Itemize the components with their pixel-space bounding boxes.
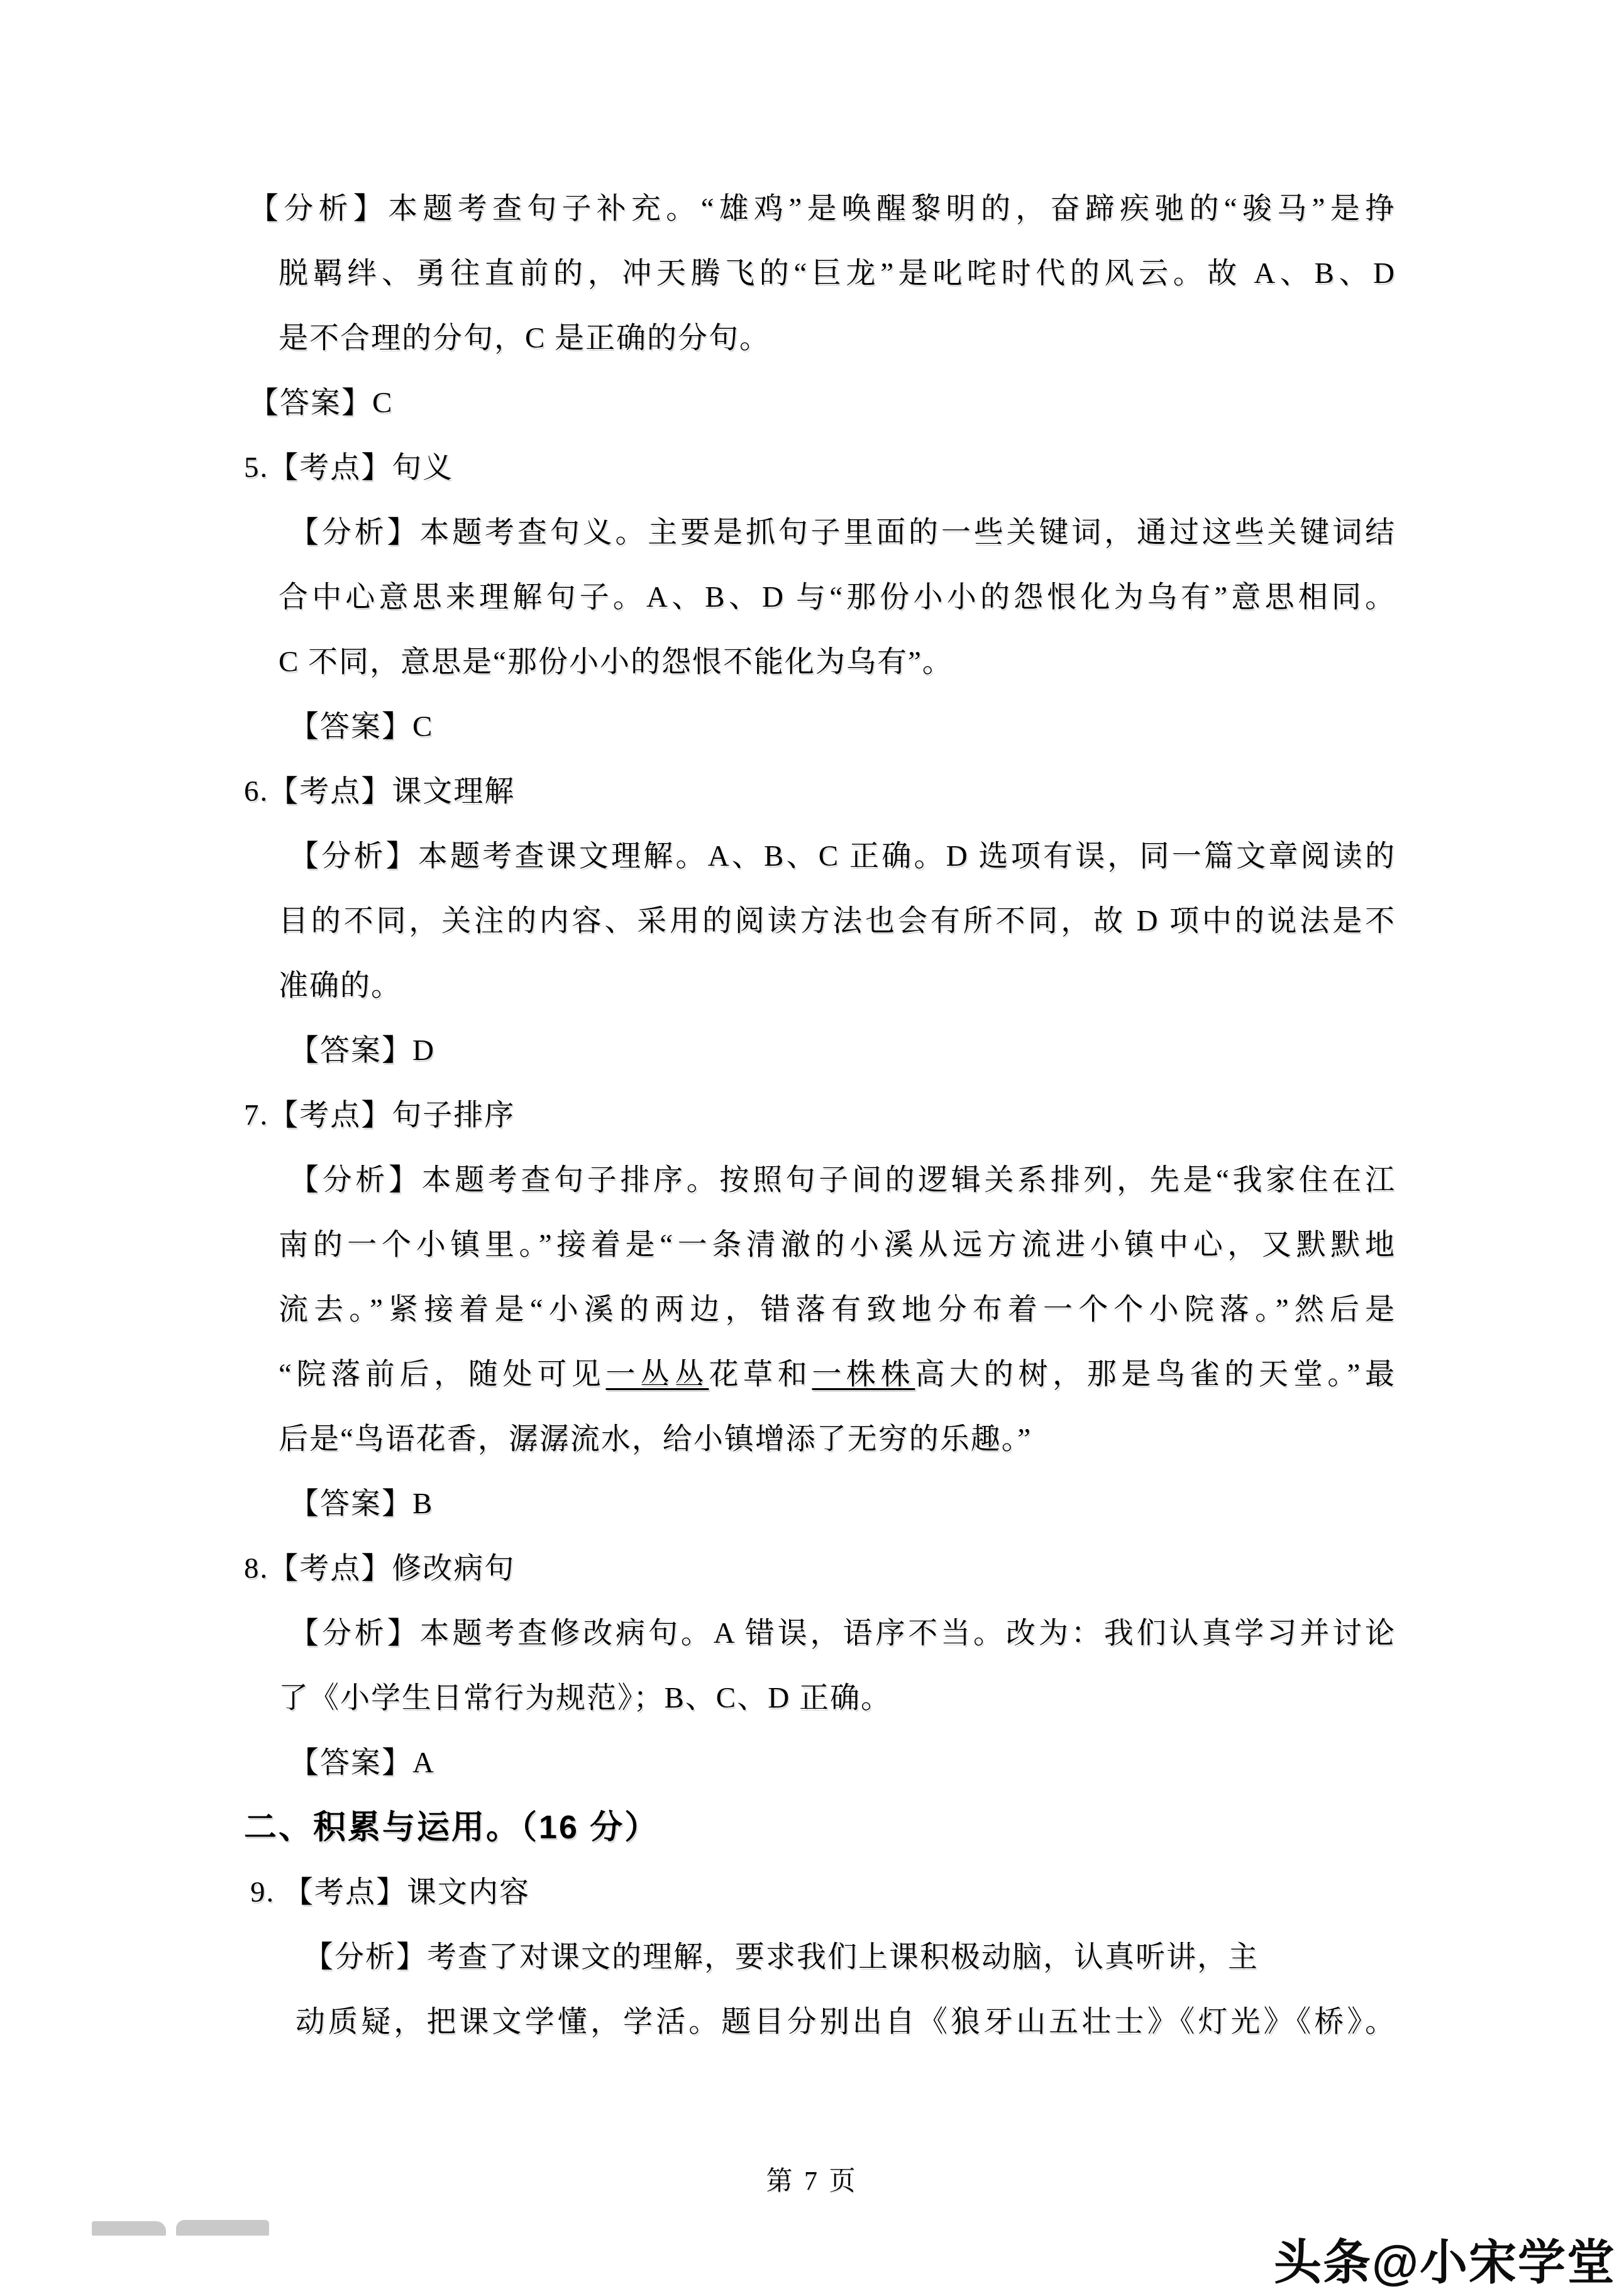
item6-answer-line: 【答案】D [289, 1018, 1396, 1083]
item7-answer-line: 【答案】B [289, 1472, 1396, 1537]
item6-heading: 6.【考点】课文理解 [244, 759, 1396, 824]
item6-analysis-line-3: 准确的。 [279, 954, 1396, 1018]
item7-analysis-line-4: “院落前后，随处可见一丛丛花草和一株株高大的树，那是鸟雀的天堂。”最 [279, 1342, 1396, 1407]
underlined-phrase: 一株株 [812, 1358, 915, 1391]
item6-analysis-line-1: 【分析】本题考查课文理解。A、B、C 正确。D 选项有误，同一篇文章阅读的 [289, 824, 1396, 889]
item7-analysis-line-5: 后是“鸟语花香，潺潺流水，给小镇增添了无穷的乐趣。” [279, 1407, 1396, 1472]
item8-analysis-line-1: 【分析】本题考查修改病句。A 错误，语序不当。改为：我们认真学习并讨论 [289, 1601, 1396, 1666]
item5-answer-line: 【答案】C [289, 695, 1396, 759]
logo-shape-right [176, 2220, 269, 2236]
answer-key-body: 【分析】本题考查句子补充。“雄鸡”是唤醒黎明的，奋蹄疾驰的“骏马”是挣 脱羁绊、… [244, 177, 1396, 2055]
item5-analysis-line-2: 合中心意思来理解句子。A、B、D 与“那份小小的怨恨化为乌有”意思相同。 [279, 565, 1396, 630]
underlined-phrase: 一丛丛 [605, 1358, 709, 1391]
item4-analysis-line-1: 【分析】本题考查句子补充。“雄鸡”是唤醒黎明的，奋蹄疾驰的“骏马”是挣 [249, 177, 1396, 241]
text-segment: “院落前后，随处可见 [279, 1358, 605, 1391]
text-segment: 高大的树，那是鸟雀的天堂。”最 [915, 1358, 1396, 1391]
item7-analysis-line-2: 南的一个小镇里。”接着是“一条清澈的小溪从远方流进小镇中心，又默默地 [279, 1213, 1396, 1278]
item9-analysis-line-1: 【分析】考查了对课文的理解，要求我们上课积极动脑，认真听讲，主 [304, 1925, 1396, 1990]
logo-shape-left [92, 2221, 166, 2236]
document-page: 【分析】本题考查句子补充。“雄鸡”是唤醒黎明的，奋蹄疾驰的“骏马”是挣 脱羁绊、… [0, 0, 1624, 2296]
section2-heading: 二、积累与运用。（16 分） [244, 1796, 1396, 1860]
item8-heading: 8.【考点】修改病句 [244, 1537, 1396, 1601]
item8-analysis-line-2: 了《小学生日常行为规范》；B、C、D 正确。 [279, 1666, 1396, 1731]
item7-analysis-line-1: 【分析】本题考查句子排序。按照句子间的逻辑关系排列，先是“我家住在江 [289, 1148, 1396, 1213]
item4-answer-line: 【答案】C [249, 371, 1396, 436]
item5-analysis-line-3: C 不同，意思是“那份小小的怨恨不能化为乌有”。 [279, 630, 1396, 695]
item4-analysis-line-3: 是不合理的分句，C 是正确的分句。 [279, 306, 1396, 371]
item9-heading: 9. 【考点】课文内容 [250, 1860, 1396, 1925]
item9-analysis-line-2: 动质疑，把课文学懂，学活。题目分别出自《狼牙山五壮士》《灯光》《桥》。 [296, 1990, 1396, 2055]
item5-analysis-line-1: 【分析】本题考查句义。主要是抓句子里面的一些关键词，通过这些关键词结 [289, 500, 1396, 565]
page-number: 第 7 页 [0, 2160, 1624, 2198]
item4-analysis-line-2: 脱羁绊、勇往直前的，冲天腾飞的“巨龙”是叱咤时代的风云。故 A、B、D [279, 241, 1396, 306]
item5-heading: 5.【考点】句义 [244, 436, 1396, 500]
item6-analysis-line-2: 目的不同，关注的内容、采用的阅读方法也会有所不同，故 D 项中的说法是不 [279, 889, 1396, 954]
text-segment: 花草和 [709, 1358, 812, 1391]
item8-answer-line: 【答案】A [289, 1731, 1396, 1796]
item7-heading: 7.【考点】句子排序 [244, 1083, 1396, 1148]
toutiao-watermark: 头条@小宋学堂 [1274, 2224, 1616, 2293]
cropped-logo-fragment [92, 2220, 269, 2237]
item7-analysis-line-3: 流去。”紧接着是“小溪的两边，错落有致地分布着一个个小院落。”然后是 [279, 1278, 1396, 1342]
